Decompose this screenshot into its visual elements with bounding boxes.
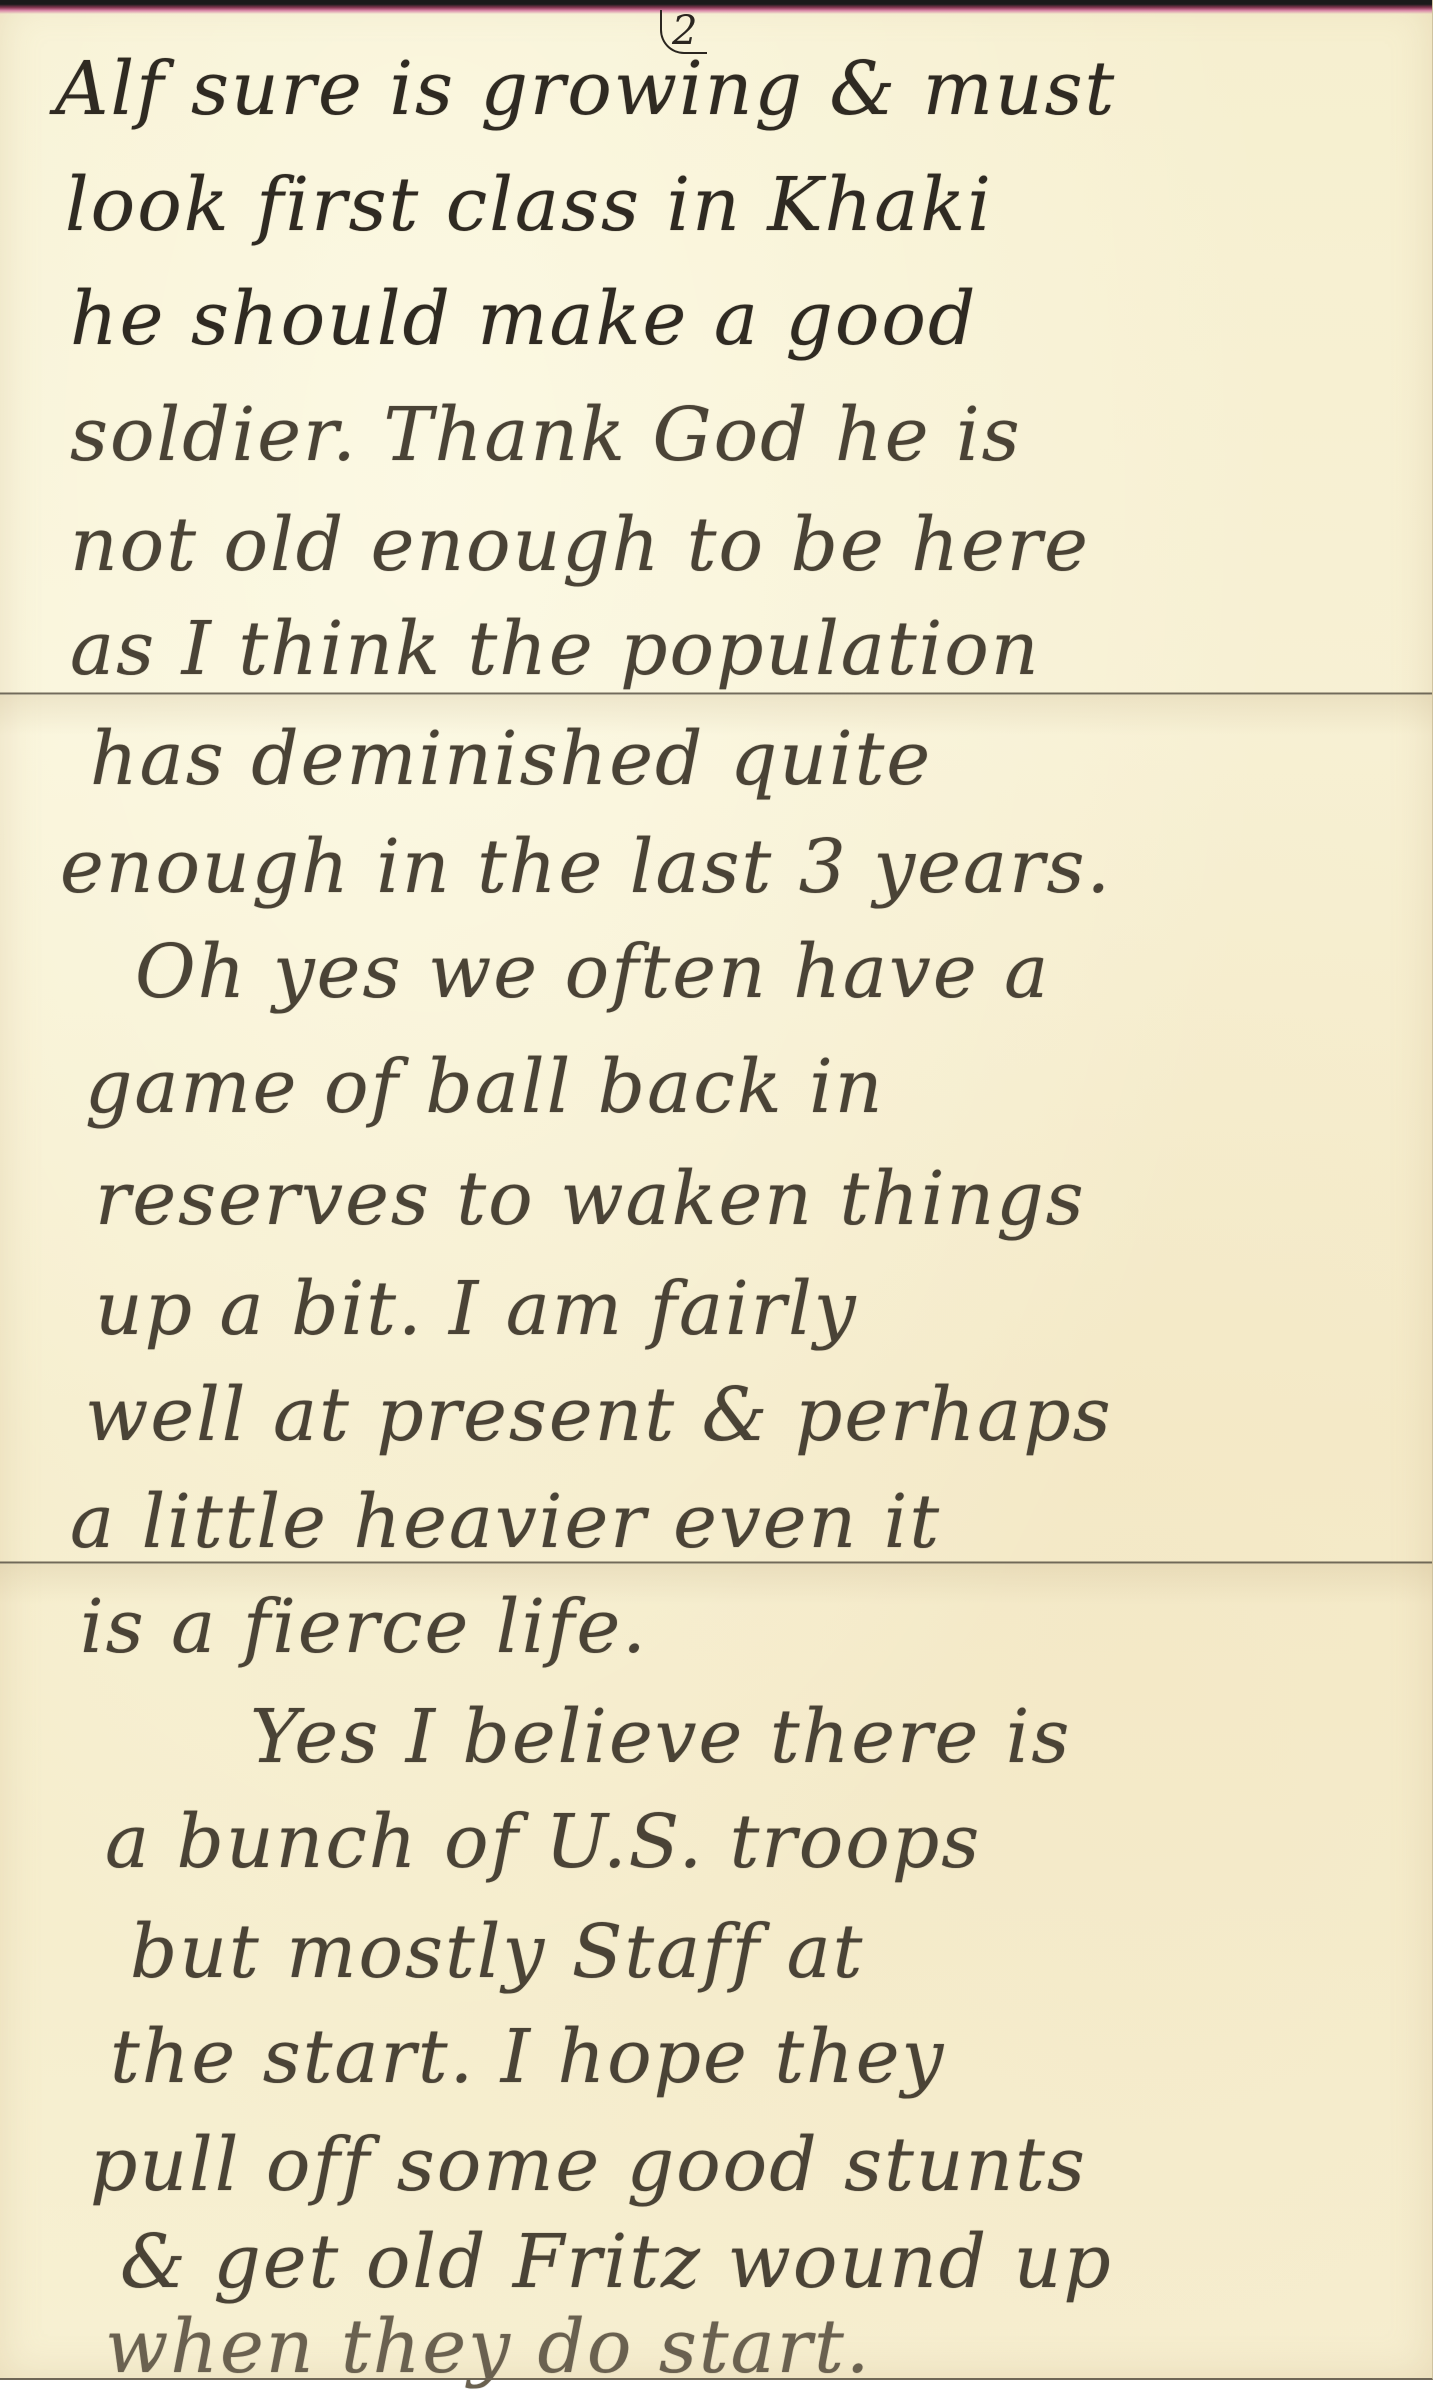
letter-line: Oh yes we often have a [135,935,1050,1009]
letter-line: is a fierce life. [80,1590,648,1664]
scan-top-edge [0,0,1432,14]
letter-line: Yes I believe there is [250,1700,1071,1774]
letter-line: has deminished quite [90,722,932,796]
letter-line: look first class in Khaki [65,168,993,242]
letter-line: he should make a good [70,282,977,356]
letter-line: game of ball back in [85,1050,884,1124]
letter-line: but mostly Staff at [130,1915,864,1989]
letter-line: the start. I hope they [110,2020,945,2094]
letter-line: not old enough to be here [70,508,1090,582]
letter-line: a bunch of U.S. troops [105,1805,981,1879]
letter-line: as I think the population [70,612,1041,686]
letter-line: enough in the last 3 years. [60,830,1112,904]
letter-page: 2 Alf sure is growing & must look first … [0,0,1433,2380]
letter-line: reserves to waken things [95,1162,1086,1236]
fold-line-upper [0,692,1432,695]
letter-line: soldier. Thank God he is [70,398,1022,472]
letter-line: a little heavier even it [70,1485,941,1559]
letter-line: Alf sure is growing & must [55,52,1116,126]
letter-line: when they do start. [105,2310,871,2384]
letter-line: & get old Fritz wound up [120,2225,1113,2299]
letter-line: up a bit. I am fairly [95,1272,858,1346]
letter-line: pull off some good stunts [90,2128,1087,2202]
letter-line: well at present & perhaps [85,1378,1113,1452]
